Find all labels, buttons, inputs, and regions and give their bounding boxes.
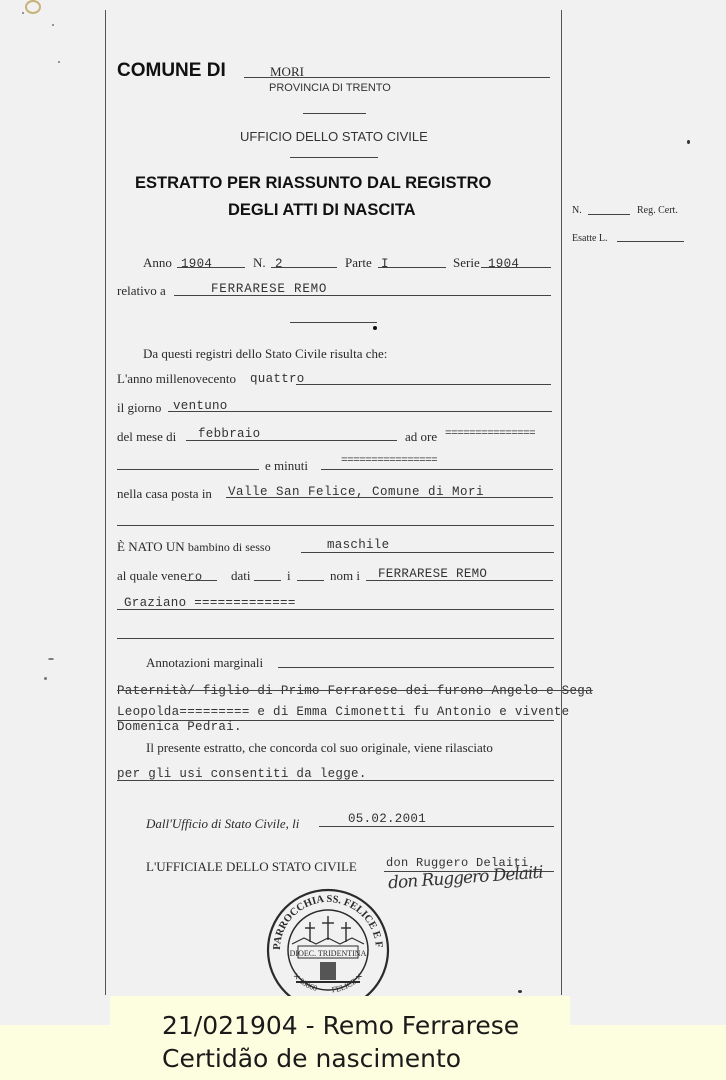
serie-underline (481, 267, 551, 268)
usi-underline (117, 780, 554, 781)
provincia-label: PROVINCIA DI TRENTO (269, 82, 391, 94)
blank-line (117, 638, 554, 639)
giorno-underline (168, 411, 552, 412)
caption-line2: Certidão de nascimento (162, 1044, 461, 1073)
paper-right-border (561, 10, 562, 995)
divider (290, 322, 377, 323)
parish-stamp: PARROCCHIA SS. FELICE E FORTUNATO ✕ 3806… (262, 884, 394, 1004)
minuti-underline (321, 469, 553, 470)
document-title-line2: DEGLI ATTI DI NASCITA (228, 201, 416, 220)
nomi-continuation: Graziano ============= (124, 596, 296, 610)
relativo-value: FERRARESE REMO (211, 282, 327, 296)
nomi-underline (366, 580, 553, 581)
speck (373, 326, 377, 330)
serie-label: Serie (453, 255, 480, 271)
ufficiale-label: L'UFFICIALE DELLO STATO CIVILE (146, 859, 357, 875)
casa-label: nella casa posta in (117, 486, 212, 502)
n-value: 2 (275, 257, 283, 271)
margin-n-label: N. (572, 205, 582, 216)
quale-underline (185, 580, 217, 581)
parte-label: Parte (345, 255, 372, 271)
intro-text: Da questi registri dello Stato Civile ri… (143, 346, 387, 362)
document-title-line1: ESTRATTO PER RIASSUNTO DAL REGISTRO (135, 174, 491, 193)
annotazioni-underline (278, 667, 554, 668)
ufficio-date-label: Dall'Ufficio di Stato Civile, li (146, 816, 299, 832)
speck (687, 140, 690, 144)
sesso-value: maschile (327, 538, 389, 552)
caption-line1: 21/021904 - Remo Ferrarese (162, 1011, 519, 1040)
margin-esatte-line (617, 241, 684, 242)
divider (303, 113, 366, 114)
stamp-seal-icon: PARROCCHIA SS. FELICE E FORTUNATO ✕ 3806… (262, 884, 394, 1004)
quale-suffix: ero (180, 570, 203, 584)
date-underline (319, 826, 554, 827)
n-underline (271, 267, 337, 268)
parte-value: I (381, 257, 389, 271)
anno-label: Anno (143, 255, 172, 271)
nomi-value: FERRARESE REMO (378, 567, 487, 581)
giorno-label: il giorno (117, 400, 161, 416)
mese-label: del mese di (117, 429, 176, 445)
nomi-label: nom i (330, 568, 360, 584)
mese-underline (186, 440, 397, 441)
quale-label: al quale venero (117, 568, 202, 584)
paper-left-border (105, 10, 106, 995)
i-underline (297, 580, 324, 581)
speck (44, 677, 47, 680)
divider (290, 157, 378, 158)
annotazioni-line1: Paternità/ figlio di Primo Ferrarese dei… (117, 684, 593, 698)
ore-value: =============== (445, 428, 535, 440)
minuti-value: ================ (341, 455, 437, 467)
ufficio-label: UFFICIO DELLO STATO CIVILE (240, 129, 428, 144)
n-label: N. (253, 255, 266, 271)
speck (58, 61, 60, 63)
anno-underline (177, 267, 245, 268)
margin-n-line (588, 214, 630, 215)
nato-caps: È NATO UN (117, 539, 185, 554)
speck (518, 990, 522, 993)
i-label: i (287, 568, 291, 584)
anno-nascita-label: L'anno millenovecento (117, 371, 236, 387)
margin-reg-cert-label: Reg. Cert. (637, 205, 678, 216)
casa-continuation-line (117, 525, 554, 526)
minuti-label: e minuti (265, 458, 308, 474)
dati-label: dati (231, 568, 251, 584)
annotazioni-line3: Domenica Pedrai. (117, 720, 242, 734)
casa-underline (226, 497, 553, 498)
mese-value: febbraio (198, 427, 260, 441)
anno-nascita-underline (296, 384, 551, 385)
annotazioni-line2: Leopolda========= e di Emma Cimonetti fu… (117, 705, 569, 719)
annotazioni-label: Annotazioni marginali (146, 655, 263, 671)
nato-label: È NATO UN bambino di sesso (117, 539, 271, 555)
stain-icon (25, 0, 41, 14)
nomi-cont-underline (117, 609, 554, 610)
comune-label: COMUNE DI (117, 60, 226, 82)
dati-underline (254, 580, 281, 581)
parte-underline (378, 267, 446, 268)
speck (22, 12, 24, 14)
speck (52, 24, 54, 26)
date-value: 05.02.2001 (348, 812, 426, 826)
comune-underline (244, 77, 550, 78)
ore-label: ad ore (405, 429, 437, 445)
speck (48, 658, 54, 660)
relativo-label: relativo a (117, 283, 166, 299)
anno-value: 1904 (181, 257, 212, 271)
svg-text:DIOEC. TRIDENTINA: DIOEC. TRIDENTINA (290, 949, 367, 958)
concorda-text: Il presente estratto, che concorda col s… (146, 740, 493, 756)
nato-text: bambino di sesso (188, 540, 271, 554)
margin-esatte-label: Esatte L. (572, 233, 608, 244)
ore-continuation-line (117, 469, 259, 470)
quale-text: al quale ven (117, 568, 180, 583)
relativo-underline (174, 295, 551, 296)
usi-text: per gli usi consentiti da legge. (117, 767, 367, 781)
serie-value: 1904 (488, 257, 519, 271)
sesso-underline (301, 552, 554, 553)
